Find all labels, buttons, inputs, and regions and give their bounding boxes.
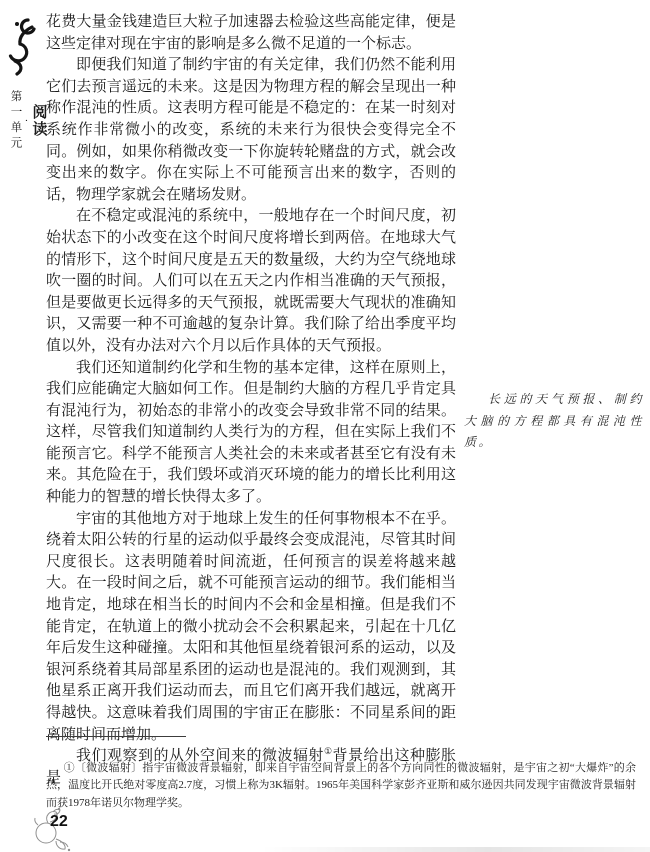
body-paragraph: 花费大量金钱建造巨大粒子加速器去检验这些高能定律，便是这些定律对现在宇宙的影响是…: [46, 12, 456, 55]
section-separator-dot: ·: [21, 115, 32, 127]
book-page: 阅读 · 第一单元 花费大量金钱建造巨大粒子加速器去检验这些高能定律，便是这些定…: [0, 0, 650, 852]
body-paragraph: 我们还知道制约化学和生物的基本定律，这样在原则上，我们应能确定大脑如何工作。但是…: [46, 358, 456, 509]
section-label: 阅读: [32, 104, 47, 138]
margin-note: 长远的天气预报、制约大脑的方程都具有混沌性质。: [464, 389, 644, 454]
body-paragraph: 在不稳定或混沌的系统中，一般地存在一个时间尺度，初始状态下的小改变在这个时间尺度…: [46, 206, 456, 357]
unit-label: 第一单元: [9, 90, 21, 152]
page-number: 22: [50, 813, 68, 831]
footnote-divider: [46, 736, 186, 737]
footnote-text: 〔微波辐射〕指宇宙微波背景辐射，即来自宇宙空间背景上的各个方向同性的微波辐射，是…: [46, 762, 636, 809]
body-text: 花费大量金钱建造巨大粒子加速器去检验这些高能定律，便是这些定律对现在宇宙的影响是…: [46, 12, 456, 789]
page-footer: 22: [26, 806, 96, 852]
body-paragraph: 宇宙的其他地方对于地球上发生的任何事物根本不在乎。绕着太阳公转的行星的运动似乎最…: [46, 509, 456, 747]
footnote-reference-marker: ①: [324, 746, 333, 756]
body-paragraph: 即便我们知道了制约宇宙的有关定律，我们仍然不能利用它们去预言遥远的未来。这是因为…: [46, 55, 456, 206]
scan-edge-shadow: [0, 847, 650, 852]
footnote-marker: ①: [64, 762, 75, 774]
footnote: ①〔微波辐射〕指宇宙微波背景辐射，即来自宇宙空间背景上的各个方向同性的微波辐射，…: [46, 760, 636, 812]
chapter-flourish-icon: [7, 16, 37, 78]
sidebar-section-title: 阅读 · 第一单元: [9, 90, 47, 152]
